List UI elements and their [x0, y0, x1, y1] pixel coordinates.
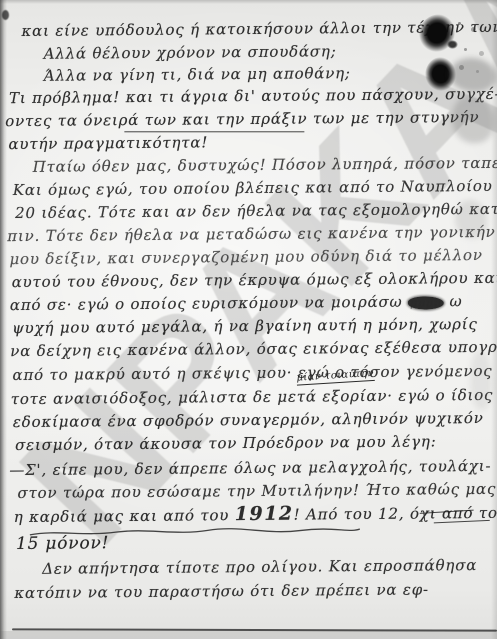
handwritten-line: πιν. Τότε δεν ήθελα να μεταδώσω εις κανέ…: [7, 223, 495, 246]
handwritten-line: Και όμως εγώ, του οποίου βλέπεις και από…: [13, 177, 497, 200]
handwritten-line: σεισμόν, όταν άκουσα τον Πρόεδρον να μου…: [15, 432, 437, 455]
crossed-out-word: μμμμ: [408, 296, 444, 309]
scan-edge-right: [491, 0, 497, 639]
ink-smudge: [450, 58, 496, 92]
scan-edge-left: [0, 0, 7, 639]
handwritten-line: 20 ιδέας. Τότε και αν δεν ήθελα να τας ε…: [15, 200, 497, 223]
handwritten-line: Πταίω όθεν μας, δυστυχώς! Πόσον λυπηρά, …: [33, 154, 497, 177]
ink-blot: [447, 40, 458, 49]
handwritten-line: εδοκίμασα ένα σφοδρόν συναγερμόν, αληθιν…: [13, 409, 484, 432]
handwritten-line: Δεν απήντησα τίποτε προ ολίγου. Και επρο…: [42, 556, 477, 579]
manuscript-lines: μίαν τοιαύτην και είνε υπόδουλος ή κατοι…: [0, 0, 497, 639]
emphasized-year: 1912: [235, 503, 294, 526]
handwritten-line: από σε· εγώ ο οποίος ευρισκόμουν να μοιρ…: [10, 292, 463, 316]
handwritten-line: στον τώρα που εσώσαμε την Μυτιλήνην! Ήτο…: [17, 480, 497, 503]
handwritten-line: οντες τα όνειρά των και την πράξιν των μ…: [5, 108, 479, 131]
handwritten-line: Τι πρόβλημα! και τι άγρια δι' αυτούς που…: [9, 85, 497, 108]
handwritten-line: μου δείξιν, και συνεργαζομένη μου οδύνη …: [9, 246, 482, 269]
handwritten-line: —Σ', είπε μου, δεν άπρεπε όλως να μελαγχ…: [9, 457, 491, 480]
scan-bottom-band: [0, 631, 497, 639]
handwritten-line: Αλλά θέλουν χρόνον να σπουδάση;: [44, 42, 337, 64]
handwritten-line: Άλλα να γίνη τι, διά να μη αποθάνη;: [44, 64, 351, 86]
manuscript-page: ΝΡΑΚΑΛ μίαν τοιαύτην και είνε υπόδουλος …: [0, 0, 497, 639]
handwritten-line: τοτε αναισιόδοξος, μάλιστα δε μετά εξορί…: [11, 386, 494, 409]
handwritten-line: από το μακρύ αυτό η σκέψις μου· εγώ ο τό…: [12, 362, 497, 385]
ink-smudge: [455, 200, 487, 238]
handwritten-line: ψυχή μου αυτό μεγάλα, ή να βγαίνη αυτή η…: [12, 315, 478, 338]
scan-edge-top: [0, 0, 497, 4]
handwritten-line: 15 μόνον!: [16, 534, 109, 554]
handwritten-line: αυτήν πραγματικότητα!: [8, 133, 208, 154]
handwritten-line: κατόπιν να του παραστήσω ότι δεν πρέπει …: [14, 580, 429, 603]
underline-stroke: [124, 131, 304, 132]
handwritten-line: να δείχνη εις κανένα άλλον, όσας εικόνας…: [10, 338, 497, 362]
ink-speckles: [458, 22, 461, 25]
handwritten-line: αυτού του έθνους, δεν την έκρυψα όμως εξ…: [12, 269, 497, 292]
ink-smudge: [452, 95, 494, 143]
handwritten-line: η καρδιά μας και από του 1912! Από του 1…: [14, 503, 497, 527]
